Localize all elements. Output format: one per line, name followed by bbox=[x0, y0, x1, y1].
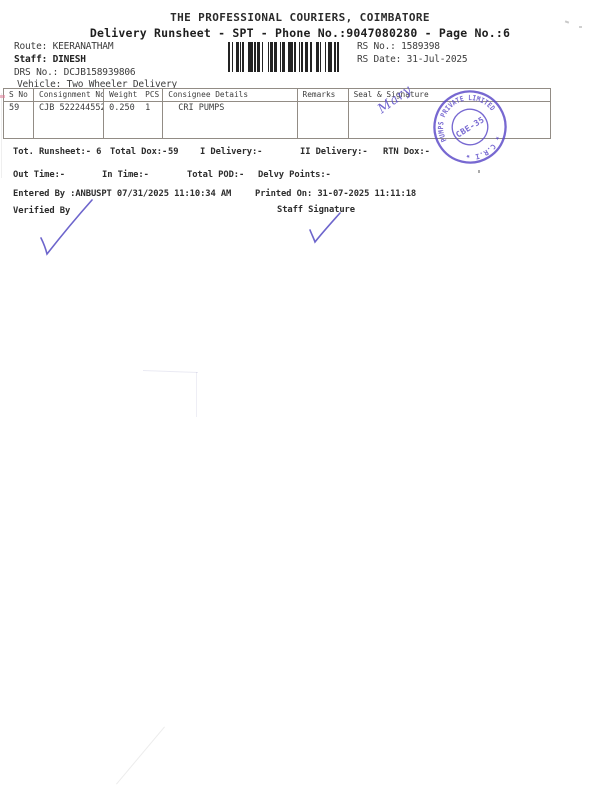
stamp-center-text: CBE-35 bbox=[454, 114, 486, 139]
cell-weight: 0.250 bbox=[109, 103, 145, 113]
staff-line: Staff: DINESH bbox=[14, 54, 86, 65]
drs-no-line: DRS No.: DCJB158939806 bbox=[14, 67, 135, 78]
i-delivery: I Delivery:- bbox=[200, 147, 262, 157]
cell-s-no: 59 bbox=[4, 102, 34, 139]
total-pod: Total POD:- bbox=[187, 170, 244, 180]
cell-pcs: 1 bbox=[145, 103, 150, 113]
col-remarks: Remarks bbox=[297, 89, 348, 102]
verified-by-checkmark bbox=[28, 198, 98, 256]
col-weight: Weight bbox=[109, 90, 145, 99]
rs-date-line: RS Date: 31-Jul-2025 bbox=[357, 54, 467, 65]
col-pcs: PCS bbox=[145, 90, 159, 99]
total-dox-value: 59 bbox=[168, 147, 178, 157]
printed-on: Printed On: 31-07-2025 11:11:18 bbox=[255, 189, 416, 199]
delvy-points: Delvy Points:- bbox=[258, 170, 331, 180]
scan-artifact-faint-line-v bbox=[196, 372, 197, 417]
runsheet-subtitle: Delivery Runsheet - SPT - Phone No.:9047… bbox=[0, 26, 600, 40]
col-consignee-details: Consignee Details bbox=[163, 89, 297, 102]
tot-runsheet: Tot. Runsheet:- 6 bbox=[13, 147, 101, 157]
col-weight-pcs: WeightPCS bbox=[104, 89, 163, 102]
rtn-dox: RTN Dox:- bbox=[383, 147, 430, 157]
company-title: THE PROFESSIONAL COURIERS, COIMBATORE bbox=[0, 11, 600, 24]
col-s-no: S No bbox=[4, 89, 34, 102]
cell-remarks bbox=[297, 102, 348, 139]
scan-artifact-faint-line-h bbox=[143, 370, 198, 373]
company-stamp: PUMPS PRIVATE LIMITED ★ C.R.I ★ CBE-35 bbox=[404, 61, 536, 193]
in-time: In Time:- bbox=[102, 170, 149, 180]
cell-consignment-no: CJB 522244552 bbox=[34, 102, 104, 139]
runsheet-document: THE PROFESSIONAL COURIERS, COIMBATORE De… bbox=[0, 0, 600, 800]
total-dox-label: Total Dox:- bbox=[110, 147, 167, 157]
runsheet-barcode bbox=[228, 42, 342, 72]
cell-weight-pcs: 0.2501 bbox=[104, 102, 163, 139]
scan-artifact-edge-line bbox=[1, 93, 2, 178]
scan-artifact-crease bbox=[116, 726, 165, 784]
staff-signature-checkmark bbox=[302, 210, 344, 244]
out-time: Out Time:- bbox=[13, 170, 65, 180]
cell-consignee: CRI PUMPS bbox=[163, 102, 297, 139]
route-line: Route: KEERANATHAM bbox=[14, 41, 113, 52]
ii-delivery: II Delivery:- bbox=[300, 147, 368, 157]
col-consignment-no: Consignment No bbox=[34, 89, 104, 102]
rs-no-line: RS No.: 1589398 bbox=[357, 41, 440, 52]
